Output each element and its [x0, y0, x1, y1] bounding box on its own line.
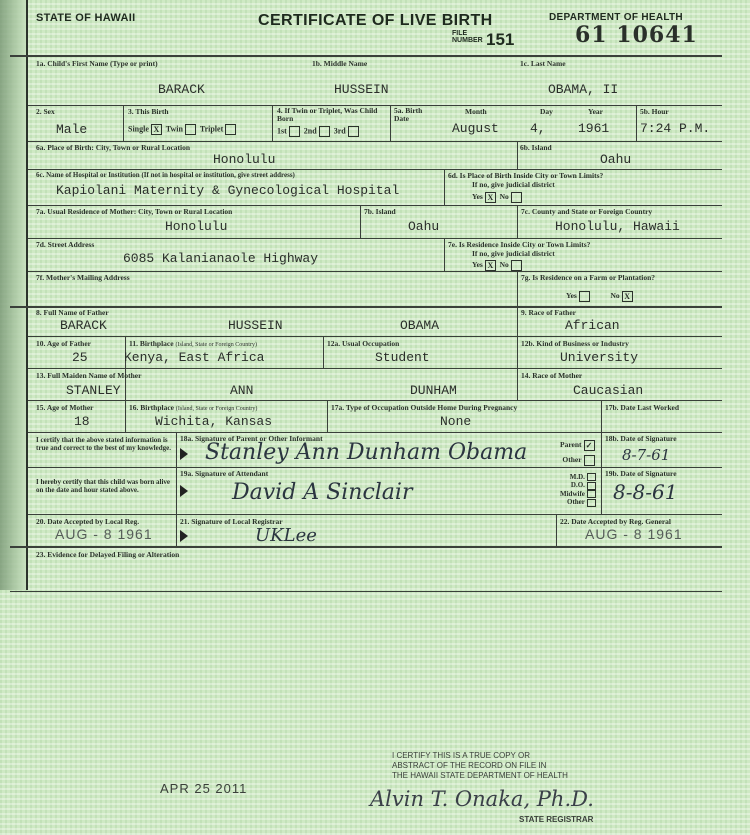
divider — [556, 514, 557, 546]
option-2nd: 2nd — [304, 126, 317, 135]
attendant-certification: I hereby certify that this child was bor… — [36, 478, 172, 494]
local-registrar-signature: UKLee — [255, 525, 317, 546]
divider — [123, 105, 124, 141]
divider — [517, 306, 518, 400]
label-hospital: 6c. Name of Hospital or Institution (If … — [36, 171, 295, 179]
label-birth-date: 5a. Birth Date — [394, 107, 424, 123]
residence-limits-options: YesX No — [472, 260, 522, 271]
checkbox-no[interactable] — [511, 192, 522, 203]
label-sex: 2. Sex — [36, 107, 55, 116]
mother-residence-city: Honolulu — [165, 219, 227, 234]
checkbox-1st[interactable] — [289, 126, 300, 137]
option-no: No — [610, 291, 619, 300]
divider — [636, 105, 637, 141]
arrow-icon — [180, 485, 188, 497]
label-mother-maiden: 13. Full Maiden Name of Mother — [36, 371, 141, 380]
checkbox-other[interactable] — [587, 499, 596, 507]
twin-order-options: 1st 2nd 3rd — [277, 126, 359, 137]
mother-birthplace: Wichita, Kansas — [155, 414, 272, 429]
father-occupation: Student — [375, 350, 430, 365]
option-no: No — [500, 192, 509, 201]
reg-general-date: AUG - 8 1961 — [585, 526, 683, 542]
divider — [390, 105, 391, 141]
checkbox-yes[interactable]: X — [485, 260, 496, 271]
certify-line: THE HAWAII STATE DEPARTMENT OF HEALTH — [392, 771, 568, 781]
birth-island: Oahu — [600, 152, 631, 167]
option-no: No — [500, 260, 509, 269]
file-number: 151 — [486, 30, 514, 50]
arrow-icon — [180, 530, 188, 542]
label-hour: 5b. Hour — [640, 107, 669, 116]
divider — [517, 271, 518, 306]
checkbox-3rd[interactable] — [348, 126, 359, 137]
checkbox-2nd[interactable] — [319, 126, 330, 137]
race-mother: Caucasian — [573, 383, 643, 398]
label-county-state: 7c. County and State or Foreign Country — [521, 207, 652, 216]
issue-date-stamp: APR 25 2011 — [160, 781, 247, 796]
birth-hour: 7:24 P.M. — [640, 121, 710, 136]
rule — [10, 546, 722, 548]
rule — [28, 141, 722, 142]
divider — [517, 141, 518, 169]
divider — [360, 205, 361, 238]
rule — [10, 55, 722, 57]
label-inside-city-limits: 6d. Is Place of Birth Inside City or Tow… — [448, 171, 603, 180]
option-single: Single — [128, 124, 149, 133]
birth-day: 4, — [530, 121, 546, 136]
judicial-district-note: If no, give judicial district — [472, 180, 555, 189]
rule — [28, 336, 722, 337]
label-this-birth: 3. This Birth — [128, 107, 169, 116]
file-label-line1: FILE — [452, 30, 483, 37]
option-triplet: Triplet — [200, 124, 223, 133]
informant-signature: Stanley Ann Dunham Obama — [205, 440, 527, 465]
certify-line: I CERTIFY THIS IS A TRUE COPY OR — [392, 751, 568, 761]
option-midwife: Midwife — [560, 490, 585, 498]
rule — [28, 400, 722, 401]
certificate-title: CERTIFICATE OF LIVE BIRTH — [258, 12, 493, 30]
informant-certification: I certify that the above stated informat… — [36, 436, 172, 452]
place-of-birth: Honolulu — [213, 152, 275, 167]
residence-judicial-note: If no, give judicial district — [472, 249, 555, 258]
father-birthplace: Kenya, East Africa — [124, 350, 264, 365]
label-date-last-worked: 17b. Date Last Worked — [605, 403, 679, 412]
rule — [28, 432, 722, 433]
certify-line: ABSTRACT OF THE RECORD ON FILE IN — [392, 761, 568, 771]
father-first-name: BARACK — [60, 318, 107, 333]
mother-last-name: DUNHAM — [410, 383, 457, 398]
checkbox-yes[interactable]: X — [485, 192, 496, 203]
birth-type-options: SingleX Twin Triplet — [128, 124, 236, 135]
certificate-number: 61 10641 — [575, 22, 698, 48]
label-first-name: 1a. Child's First Name (Type or print) — [36, 59, 158, 68]
label-twin-order: 4. If Twin or Triplet, Was Child Born — [277, 107, 382, 123]
label-sub: (Island, State or Foreign Country) — [176, 406, 258, 412]
mother-middle-name: ANN — [230, 383, 253, 398]
option-yes: Yes — [472, 260, 483, 269]
attendant-date: 8-8-61 — [613, 480, 677, 504]
label-mother-residence: 7a. Usual Residence of Mother: City, Tow… — [36, 207, 232, 216]
checkbox-do[interactable] — [587, 482, 596, 490]
option-other: Other — [567, 498, 585, 506]
label-mother-birthplace: 16. Birthplace (Island, State or Foreign… — [129, 403, 257, 412]
label-occupation-pregnancy: 17a. Type of Occupation Outside Home Dur… — [331, 403, 517, 412]
option-do: D.O. — [571, 481, 585, 489]
divider — [444, 238, 445, 271]
rule — [28, 271, 722, 272]
label-occupation: 12a. Usual Occupation — [327, 339, 399, 348]
divider — [601, 432, 602, 514]
label-mailing-address: 7f. Mother's Mailing Address — [36, 273, 130, 282]
certification-statement: I CERTIFY THIS IS A TRUE COPY OR ABSTRAC… — [392, 751, 568, 781]
checkbox-twin[interactable] — [185, 124, 196, 135]
label-sub: (Island, State or Foreign Country) — [175, 342, 257, 348]
option-1st: 1st — [277, 126, 287, 135]
binding-edge — [0, 0, 26, 590]
option-md: M.D. — [570, 473, 585, 481]
label-attendant-date: 19b. Date of Signature — [605, 469, 677, 478]
label-text: 11. Birthplace — [129, 339, 174, 348]
label-place-of-birth: 6a. Place of Birth: City, Town or Rural … — [36, 143, 190, 152]
label-street-address: 7d. Street Address — [36, 240, 94, 249]
checkbox-yes[interactable] — [579, 291, 590, 302]
checkbox-other[interactable] — [584, 455, 595, 466]
rule — [28, 205, 722, 206]
checkbox-triplet[interactable] — [225, 124, 236, 135]
mother-age: 18 — [74, 414, 90, 429]
label-father-name: 8. Full Name of Father — [36, 308, 109, 317]
label-day: Day — [540, 107, 553, 116]
label-year: Year — [588, 107, 603, 116]
label-business: 12b. Kind of Business or Industry — [521, 339, 629, 348]
option-parent: Parent — [560, 440, 582, 449]
state-heading: STATE OF HAWAII — [36, 12, 135, 24]
race-father: African — [565, 318, 620, 333]
rule — [28, 467, 722, 468]
informant-type-options: Parent✓ Other — [560, 440, 595, 466]
divider — [323, 336, 324, 368]
option-yes: Yes — [566, 291, 577, 300]
occupation-pregnancy: None — [440, 414, 471, 429]
label-farm-plantation: 7g. Is Residence on a Farm or Plantation… — [521, 273, 655, 282]
rule — [28, 368, 722, 369]
hospital-name: Kapiolani Maternity & Gynecological Hosp… — [56, 183, 399, 198]
child-first-name: BARACK — [158, 82, 205, 97]
birth-month: August — [452, 121, 499, 136]
birth-year: 1961 — [578, 121, 609, 136]
checkbox-single[interactable]: X — [151, 124, 162, 135]
checkbox-midwife[interactable] — [587, 490, 596, 498]
label-father-age: 10. Age of Father — [36, 339, 91, 348]
divider — [601, 400, 602, 432]
attendant-type-options: M.D. D.O. Midwife Other — [560, 473, 596, 507]
rule — [10, 306, 722, 308]
option-twin: Twin — [166, 124, 183, 133]
option-yes: Yes — [472, 192, 483, 201]
rule — [28, 514, 722, 515]
city-limits-options: YesX No — [472, 192, 522, 203]
state-registrar-signature: Alvin T. Onaka, Ph.D. — [370, 787, 594, 811]
father-middle-name: HUSSEIN — [228, 318, 283, 333]
county-state: Honolulu, Hawaii — [555, 219, 680, 234]
father-business: University — [560, 350, 638, 365]
label-local-reg-date: 20. Date Accepted by Local Reg. — [36, 517, 139, 526]
checkbox-no[interactable] — [511, 260, 522, 271]
attendant-signature: David A Sinclair — [232, 480, 412, 505]
father-age: 25 — [72, 350, 88, 365]
label-delayed-filing: 23. Evidence for Delayed Filing or Alter… — [36, 550, 179, 559]
label-attendant-signature: 19a. Signature of Attendant — [180, 469, 268, 478]
file-label-line2: NUMBER — [452, 37, 483, 44]
label-residence-island: 7b. Island — [364, 207, 396, 216]
label-reg-general-date: 22. Date Accepted by Reg. General — [560, 517, 671, 526]
rule — [28, 169, 722, 170]
file-number-label: FILENUMBER — [452, 30, 483, 44]
label-informant-date: 18b. Date of Signature — [605, 434, 677, 443]
checkbox-md[interactable] — [587, 473, 596, 481]
label-last-name: 1c. Last Name — [520, 59, 566, 68]
divider — [327, 400, 328, 432]
label-month: Month — [465, 107, 487, 116]
mother-first-name: STANLEY — [66, 383, 121, 398]
street-address: 6085 Kalanianaole Highway — [123, 251, 318, 266]
residence-island: Oahu — [408, 219, 439, 234]
local-reg-date: AUG - 8 1961 — [55, 526, 153, 542]
label-race-mother: 14. Race of Mother — [521, 371, 582, 380]
informant-date: 8-7-61 — [622, 446, 670, 464]
option-3rd: 3rd — [334, 126, 346, 135]
label-mother-age: 15. Age of Mother — [36, 403, 93, 412]
divider — [176, 432, 177, 546]
child-last-name: OBAMA, II — [548, 82, 618, 97]
divider — [444, 169, 445, 205]
checkbox-no[interactable]: X — [622, 291, 633, 302]
label-text: 16. Birthplace — [129, 403, 174, 412]
checkbox-parent[interactable]: ✓ — [584, 440, 595, 451]
label-birth-island: 6b. Island — [520, 143, 552, 152]
divider — [272, 105, 273, 141]
state-registrar-title: STATE REGISTRAR — [519, 815, 593, 824]
option-other: Other — [562, 455, 581, 464]
farm-options: Yes NoX — [566, 291, 633, 302]
label-father-birthplace: 11. Birthplace (Island, State or Foreign… — [129, 339, 257, 348]
arrow-icon — [180, 448, 188, 460]
father-last-name: OBAMA — [400, 318, 439, 333]
label-residence-city-limits: 7e. Is Residence Inside City or Town Lim… — [448, 240, 590, 249]
child-middle-name: HUSSEIN — [334, 82, 389, 97]
rule — [10, 591, 722, 592]
label-middle-name: 1b. Middle Name — [312, 59, 367, 68]
label-race-father: 9. Race of Father — [521, 308, 576, 317]
rule — [28, 238, 722, 239]
sex-value: Male — [56, 122, 87, 137]
divider — [517, 205, 518, 238]
